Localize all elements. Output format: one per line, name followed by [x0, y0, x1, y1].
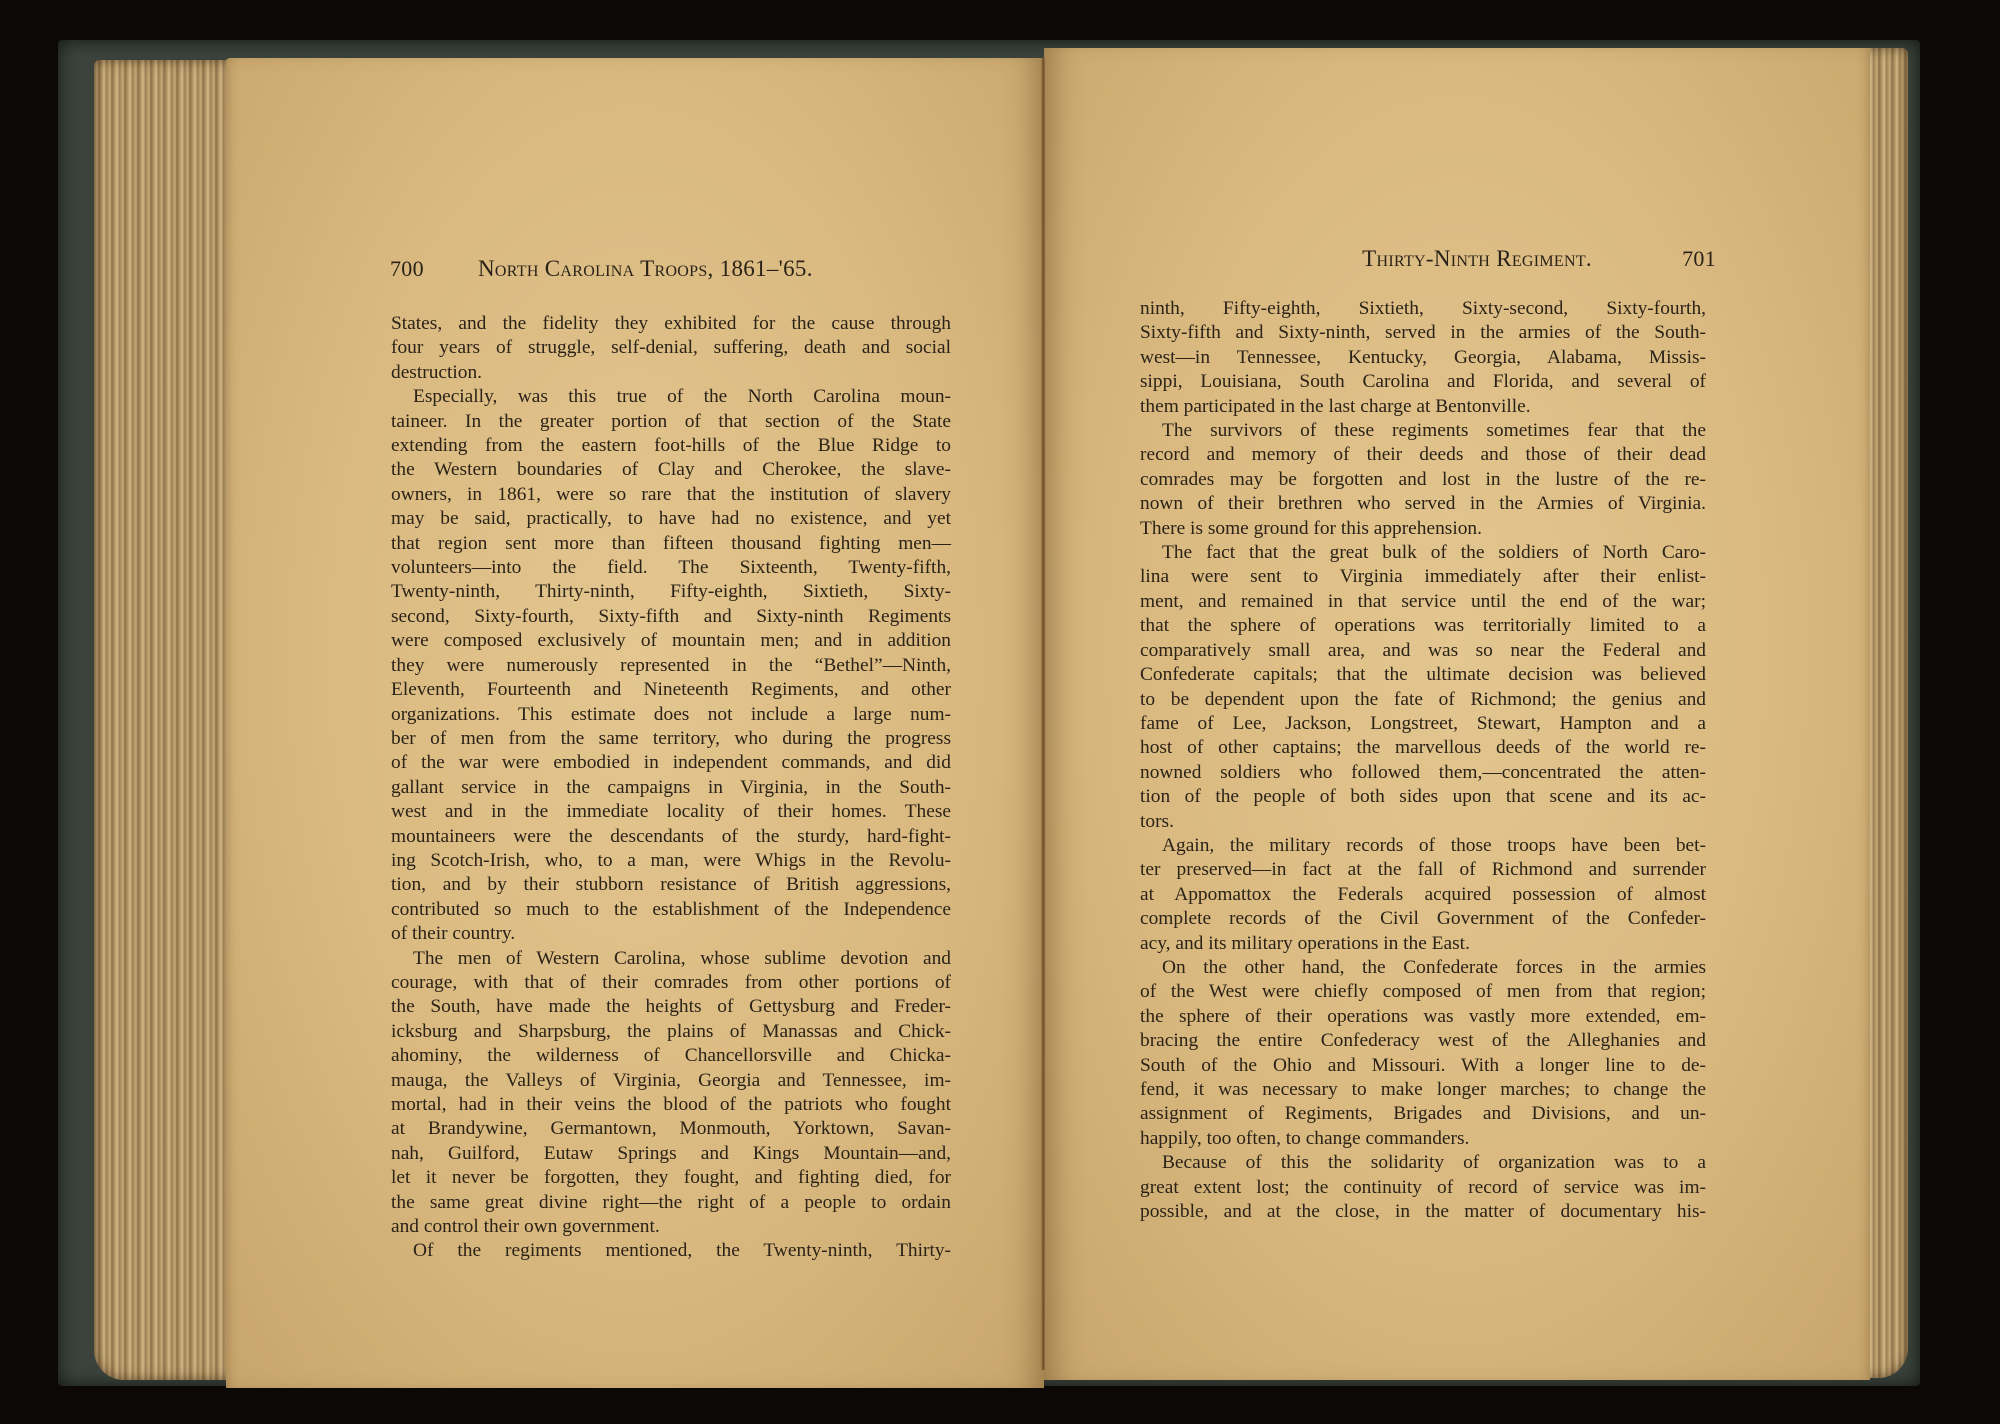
text-line: and control their own government. — [391, 1215, 951, 1239]
right-page: Thirty-Ninth Regiment. 701 ninth, Fifty-… — [1044, 48, 1870, 1380]
text-line: at Brandywine, Germantown, Monmouth, Yor… — [391, 1117, 951, 1141]
text-line: icksburg and Sharpsburg, the plains of M… — [391, 1020, 951, 1044]
text-line: ninth, Fifty-eighth, Sixtieth, Sixty-sec… — [1140, 297, 1706, 321]
text-line: complete records of the Civil Government… — [1140, 907, 1706, 931]
text-line: On the other hand, the Confederate force… — [1140, 956, 1706, 980]
text-line: extending from the eastern foot-hills of… — [391, 434, 951, 458]
text-line: to be dependent upon the fate of Richmon… — [1140, 688, 1706, 712]
text-line: the same great divine right—the right of… — [391, 1191, 951, 1215]
text-line: nown of their brethren who served in the… — [1140, 492, 1706, 516]
paragraph: Of the regiments mentioned, the Twenty-n… — [391, 1239, 951, 1263]
text-line: nowned soldiers who followed them,—conce… — [1140, 761, 1706, 785]
text-line: they were numerously represented in the … — [391, 654, 951, 678]
text-line: mauga, the Valleys of Virginia, Georgia … — [391, 1069, 951, 1093]
paragraph: The fact that the great bulk of the sold… — [1140, 541, 1706, 834]
text-line: contributed so much to the establishment… — [391, 898, 951, 922]
text-line: Especially, was this true of the North C… — [391, 385, 951, 409]
paragraph: Especially, was this true of the North C… — [391, 385, 951, 946]
text-line: let it never be forgotten, they fought, … — [391, 1166, 951, 1190]
text-line: at Appomattox the Federals acquired poss… — [1140, 883, 1706, 907]
running-head: Thirty-Ninth Regiment. — [1362, 246, 1592, 272]
paragraph: The men of Western Carolina, whose subli… — [391, 947, 951, 1240]
text-line: The fact that the great bulk of the sold… — [1140, 541, 1706, 565]
text-line: There is some ground for this apprehensi… — [1140, 517, 1706, 541]
text-line: The men of Western Carolina, whose subli… — [391, 947, 951, 971]
text-line: The survivors of these regiments sometim… — [1140, 419, 1706, 443]
text-line: west and in the immediate locality of th… — [391, 800, 951, 824]
text-line: taineer. In the greater portion of that … — [391, 410, 951, 434]
text-line: volunteers—into the field. The Sixteenth… — [391, 556, 951, 580]
text-line: second, Sixty-fourth, Sixty-fifth and Si… — [391, 605, 951, 629]
left-page-stack-edge — [94, 60, 234, 1380]
text-line: organizations. This estimate does not in… — [391, 703, 951, 727]
text-line: record and memory of their deeds and tho… — [1140, 443, 1706, 467]
text-line: four years of struggle, self-denial, suf… — [391, 336, 951, 360]
text-line: Because of this the solidarity of organi… — [1140, 1151, 1706, 1175]
book-gutter — [1041, 58, 1046, 1370]
text-line: Twenty-ninth, Thirty-ninth, Fifty-eighth… — [391, 580, 951, 604]
paragraph: States, and the fidelity they exhibited … — [391, 312, 951, 385]
text-line: of the West were chiefly composed of men… — [1140, 980, 1706, 1004]
text-line: lina were sent to Virginia immediately a… — [1140, 565, 1706, 589]
text-line: ahominy, the wilderness of Chancellorsvi… — [391, 1044, 951, 1068]
text-line: Sixty-fifth and Sixty-ninth, served in t… — [1140, 321, 1706, 345]
page-number: 701 — [1682, 246, 1716, 272]
paragraph: Again, the military records of those tro… — [1140, 834, 1706, 956]
text-line: happily, too often, to change commanders… — [1140, 1127, 1706, 1151]
text-line: may be said, practically, to have had no… — [391, 507, 951, 531]
text-line: the sphere of their operations was vastl… — [1140, 1005, 1706, 1029]
text-line: Of the regiments mentioned, the Twenty-n… — [391, 1239, 951, 1263]
paragraph: Because of this the solidarity of organi… — [1140, 1151, 1706, 1224]
text-line: tion of the people of both sides upon th… — [1140, 785, 1706, 809]
right-page-body: ninth, Fifty-eighth, Sixtieth, Sixty-sec… — [1140, 297, 1706, 1224]
text-line: west—in Tennessee, Kentucky, Georgia, Al… — [1140, 346, 1706, 370]
text-line: fend, it was necessary to make longer ma… — [1140, 1078, 1706, 1102]
text-line: bracing the entire Confederacy west of t… — [1140, 1029, 1706, 1053]
text-line: ing Scotch-Irish, who, to a man, were Wh… — [391, 849, 951, 873]
text-line: great extent lost; the continuity of rec… — [1140, 1176, 1706, 1200]
text-line: of their country. — [391, 922, 951, 946]
text-line: that the sphere of operations was territ… — [1140, 614, 1706, 638]
text-line: were composed exclusively of mountain me… — [391, 629, 951, 653]
paragraph: The survivors of these regiments sometim… — [1140, 419, 1706, 541]
text-line: comrades may be forgotten and lost in th… — [1140, 468, 1706, 492]
text-line: tors. — [1140, 810, 1706, 834]
text-line: mountaineers were the descendants of the… — [391, 825, 951, 849]
text-line: States, and the fidelity they exhibited … — [391, 312, 951, 336]
text-line: nah, Guilford, Eutaw Springs and Kings M… — [391, 1142, 951, 1166]
text-line: ment, and remained in that service until… — [1140, 590, 1706, 614]
text-line: Eleventh, Fourteenth and Nineteenth Regi… — [391, 678, 951, 702]
text-line: ber of men from the same territory, who … — [391, 727, 951, 751]
text-line: courage, with that of their comrades fro… — [391, 971, 951, 995]
text-line: fame of Lee, Jackson, Longstreet, Stewar… — [1140, 712, 1706, 736]
text-line: of the war were embodied in independent … — [391, 751, 951, 775]
text-line: tion, and by their stubborn resistance o… — [391, 873, 951, 897]
text-line: Confederate capitals; that the ultimate … — [1140, 663, 1706, 687]
text-line: comparatively small area, and was so nea… — [1140, 639, 1706, 663]
text-line: mortal, had in their veins the blood of … — [391, 1093, 951, 1117]
text-line: that region sent more than fifteen thous… — [391, 532, 951, 556]
text-line: sippi, Louisiana, South Carolina and Flo… — [1140, 370, 1706, 394]
text-line: gallant service in the campaigns in Virg… — [391, 776, 951, 800]
text-line: South of the Ohio and Missouri. With a l… — [1140, 1054, 1706, 1078]
text-line: them participated in the last charge at … — [1140, 395, 1706, 419]
text-line: destruction. — [391, 361, 951, 385]
text-line: Again, the military records of those tro… — [1140, 834, 1706, 858]
left-page: 700 North Carolina Troops, 1861–'65. Sta… — [226, 58, 1044, 1388]
text-line: the Western boundaries of Clay and Chero… — [391, 458, 951, 482]
text-line: ter preserved—in fact at the fall of Ric… — [1140, 858, 1706, 882]
paragraph: On the other hand, the Confederate force… — [1140, 956, 1706, 1151]
text-line: assignment of Regiments, Brigades and Di… — [1140, 1102, 1706, 1126]
text-line: possible, and at the close, in the matte… — [1140, 1200, 1706, 1224]
text-line: acy, and its military operations in the … — [1140, 932, 1706, 956]
running-head: North Carolina Troops, 1861–'65. — [478, 256, 813, 282]
text-line: host of other captains; the marvellous d… — [1140, 736, 1706, 760]
paragraph: ninth, Fifty-eighth, Sixtieth, Sixty-sec… — [1140, 297, 1706, 419]
page-number: 700 — [390, 256, 424, 282]
text-line: the South, have made the heights of Gett… — [391, 995, 951, 1019]
left-page-body: States, and the fidelity they exhibited … — [391, 312, 951, 1264]
text-line: owners, in 1861, were so rare that the i… — [391, 483, 951, 507]
